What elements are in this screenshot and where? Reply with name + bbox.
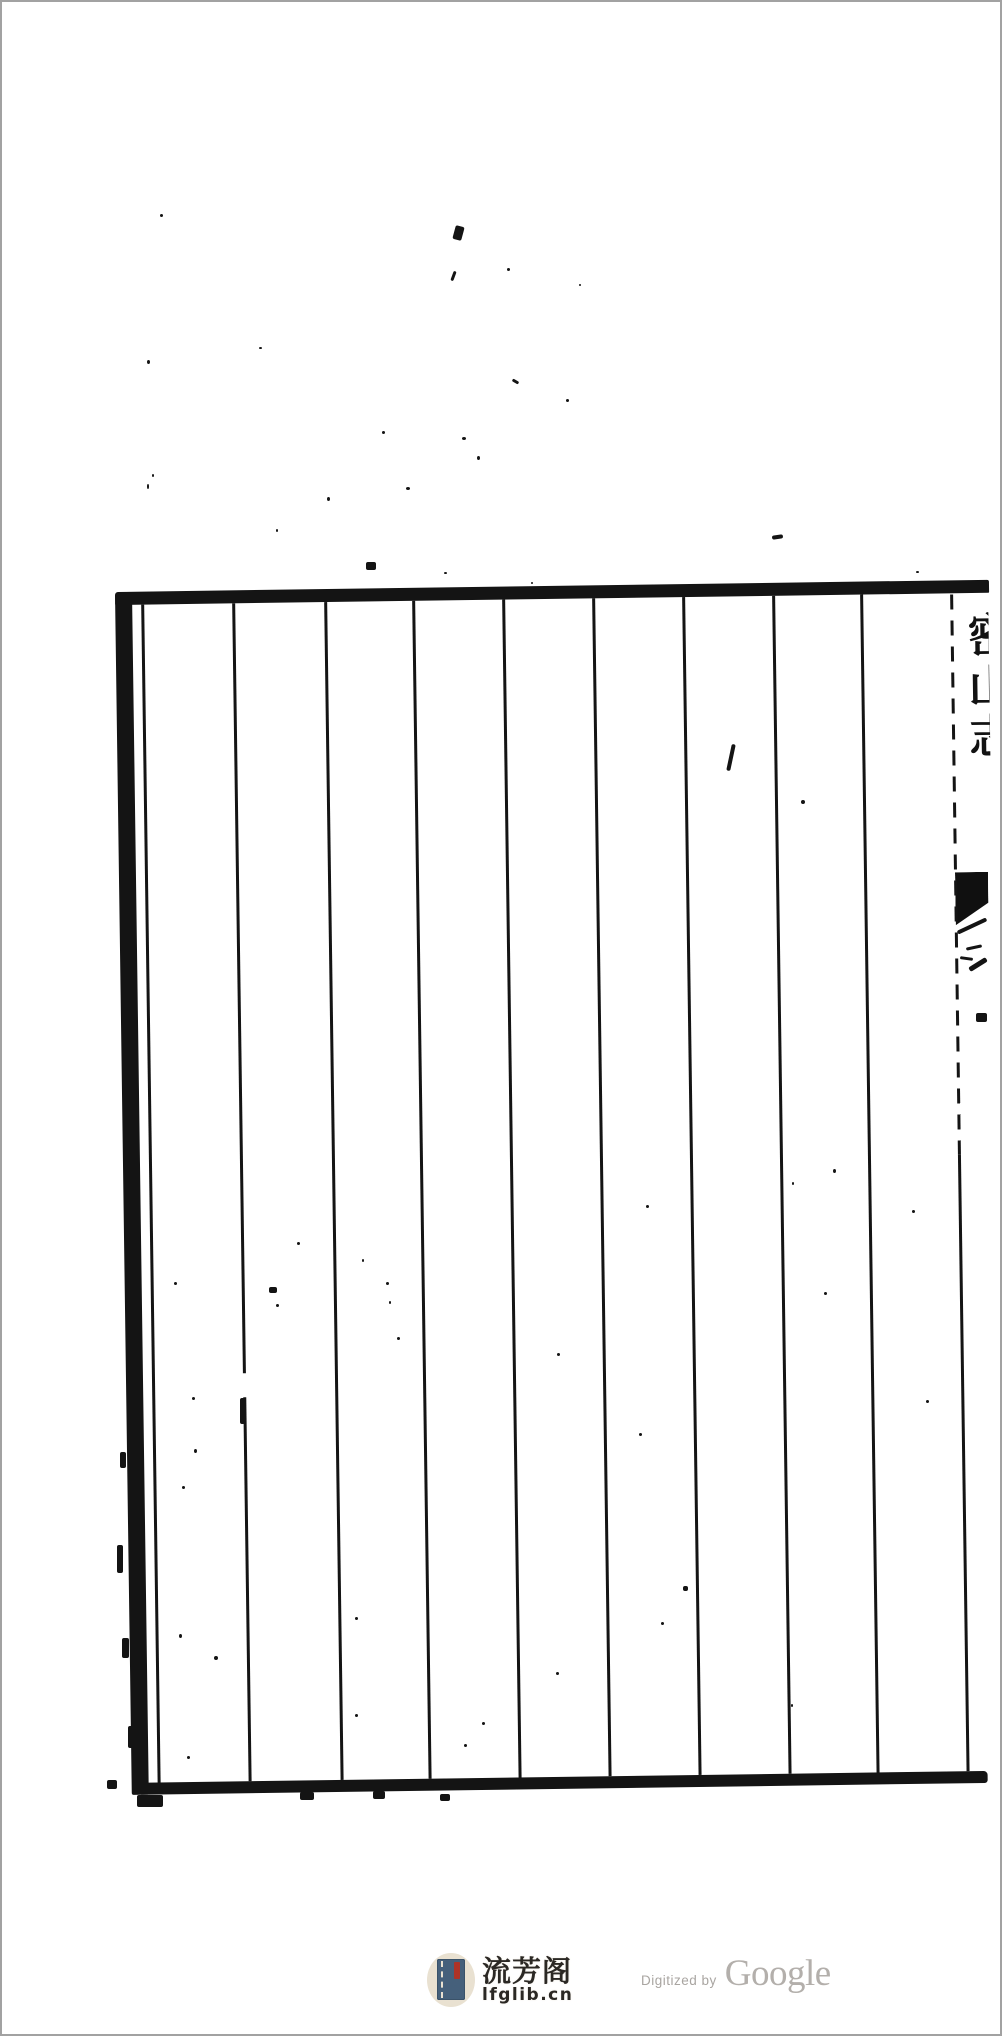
ink-speck (179, 1634, 182, 1638)
ink-speck (128, 1726, 136, 1748)
ink-speck (579, 284, 581, 286)
ink-speck (120, 1452, 126, 1468)
ink-speck (406, 487, 410, 490)
ink-speck (646, 1205, 649, 1208)
ink-speck (147, 484, 149, 489)
ink-speck (122, 1638, 129, 1658)
ink-speck (560, 1779, 564, 1783)
ink-speck (386, 1282, 389, 1285)
ink-speck (382, 431, 385, 434)
ink-speck (444, 572, 447, 574)
page-frame: 密 山 志 (115, 580, 1002, 1795)
ink-speck (355, 1617, 358, 1620)
ink-speck (792, 1182, 794, 1185)
ink-speck (557, 1353, 560, 1356)
ink-speck (531, 582, 533, 584)
ink-speck (556, 1672, 559, 1675)
ink-speck (833, 1169, 836, 1173)
ink-speck (507, 268, 510, 271)
ink-speck (566, 399, 569, 402)
digitized-by-label: Digitized by (641, 1973, 717, 1988)
column-line (243, 1397, 251, 1781)
ink-speck (477, 456, 480, 460)
ink-speck (160, 214, 163, 217)
ink-speck (137, 1795, 163, 1807)
column-line (232, 603, 246, 1373)
ink-speck (117, 1545, 123, 1573)
ink-speck (440, 1794, 450, 1801)
frame-border-bottom (140, 1771, 988, 1795)
ink-speck (397, 1337, 400, 1340)
ink-speck (791, 1704, 793, 1707)
lfglib-site-domain: lfglib.cn (482, 1987, 573, 2004)
ink-speck (452, 225, 464, 241)
banxin-title-fragment-1: 密 (967, 612, 989, 660)
ink-speck (450, 271, 456, 281)
ink-speck (976, 1013, 987, 1022)
column-line (592, 598, 611, 1776)
ink-speck (240, 1398, 245, 1424)
column-line (324, 602, 343, 1780)
ink-speck (355, 1714, 358, 1717)
ink-speck (926, 1400, 929, 1403)
ink-speck (182, 1486, 185, 1489)
ink-speck (366, 562, 376, 570)
google-watermark: Digitized by Google (641, 1952, 831, 1996)
ink-speck (661, 1622, 664, 1625)
book-stitch-binding (441, 1961, 443, 1998)
ink-speck (362, 1259, 364, 1262)
ink-speck (269, 1287, 277, 1293)
column-line (860, 595, 879, 1773)
ink-speck (772, 534, 783, 539)
ink-speck (276, 529, 278, 532)
ink-speck (194, 1449, 197, 1453)
lfglib-site-name: 流芳阁 (482, 1956, 573, 1986)
ink-speck (276, 1304, 279, 1307)
ink-speck (192, 1397, 195, 1400)
lfglib-badge (427, 1953, 475, 2007)
ink-speck (187, 1756, 190, 1759)
ink-speck (107, 1780, 117, 1789)
scanned-page: 密 山 志 流芳阁 lfglib.cn Digitized by Google (0, 0, 1002, 2036)
ink-speck (327, 497, 330, 501)
column-line (412, 601, 431, 1779)
frame-border-top (115, 580, 989, 605)
lfglib-watermark: 流芳阁 lfglib.cn (427, 1953, 573, 2007)
ink-speck (462, 437, 466, 440)
google-logo: Google (725, 1952, 831, 1996)
ink-speck (683, 1586, 688, 1591)
ink-speck (389, 1301, 391, 1304)
ink-speck (297, 1242, 300, 1245)
ink-speck (912, 1210, 915, 1213)
ink-speck (174, 1282, 177, 1285)
ink-speck (639, 1433, 642, 1436)
column-line (502, 600, 521, 1778)
ink-speck (300, 1792, 314, 1800)
ink-speck (916, 571, 919, 573)
ink-speck (824, 1292, 827, 1295)
ink-speck (373, 1791, 385, 1799)
ink-speck (464, 1744, 467, 1747)
ink-speck (259, 347, 262, 349)
ink-speck (482, 1722, 485, 1725)
lfglib-text-block: 流芳阁 lfglib.cn (482, 1956, 573, 2004)
banxin-title-fragment-2: 山 (968, 663, 990, 711)
book-icon (437, 1959, 465, 2000)
ink-speck (512, 378, 520, 384)
ink-speck (147, 360, 150, 364)
column-line (682, 597, 701, 1775)
ink-speck (152, 474, 154, 477)
ink-speck (214, 1656, 218, 1660)
book-title-label (454, 1962, 460, 1979)
column-line (772, 596, 791, 1774)
banxin-title-fragment-3: 志 (969, 713, 991, 761)
ink-speck (801, 800, 805, 804)
column-line (958, 1154, 970, 1771)
